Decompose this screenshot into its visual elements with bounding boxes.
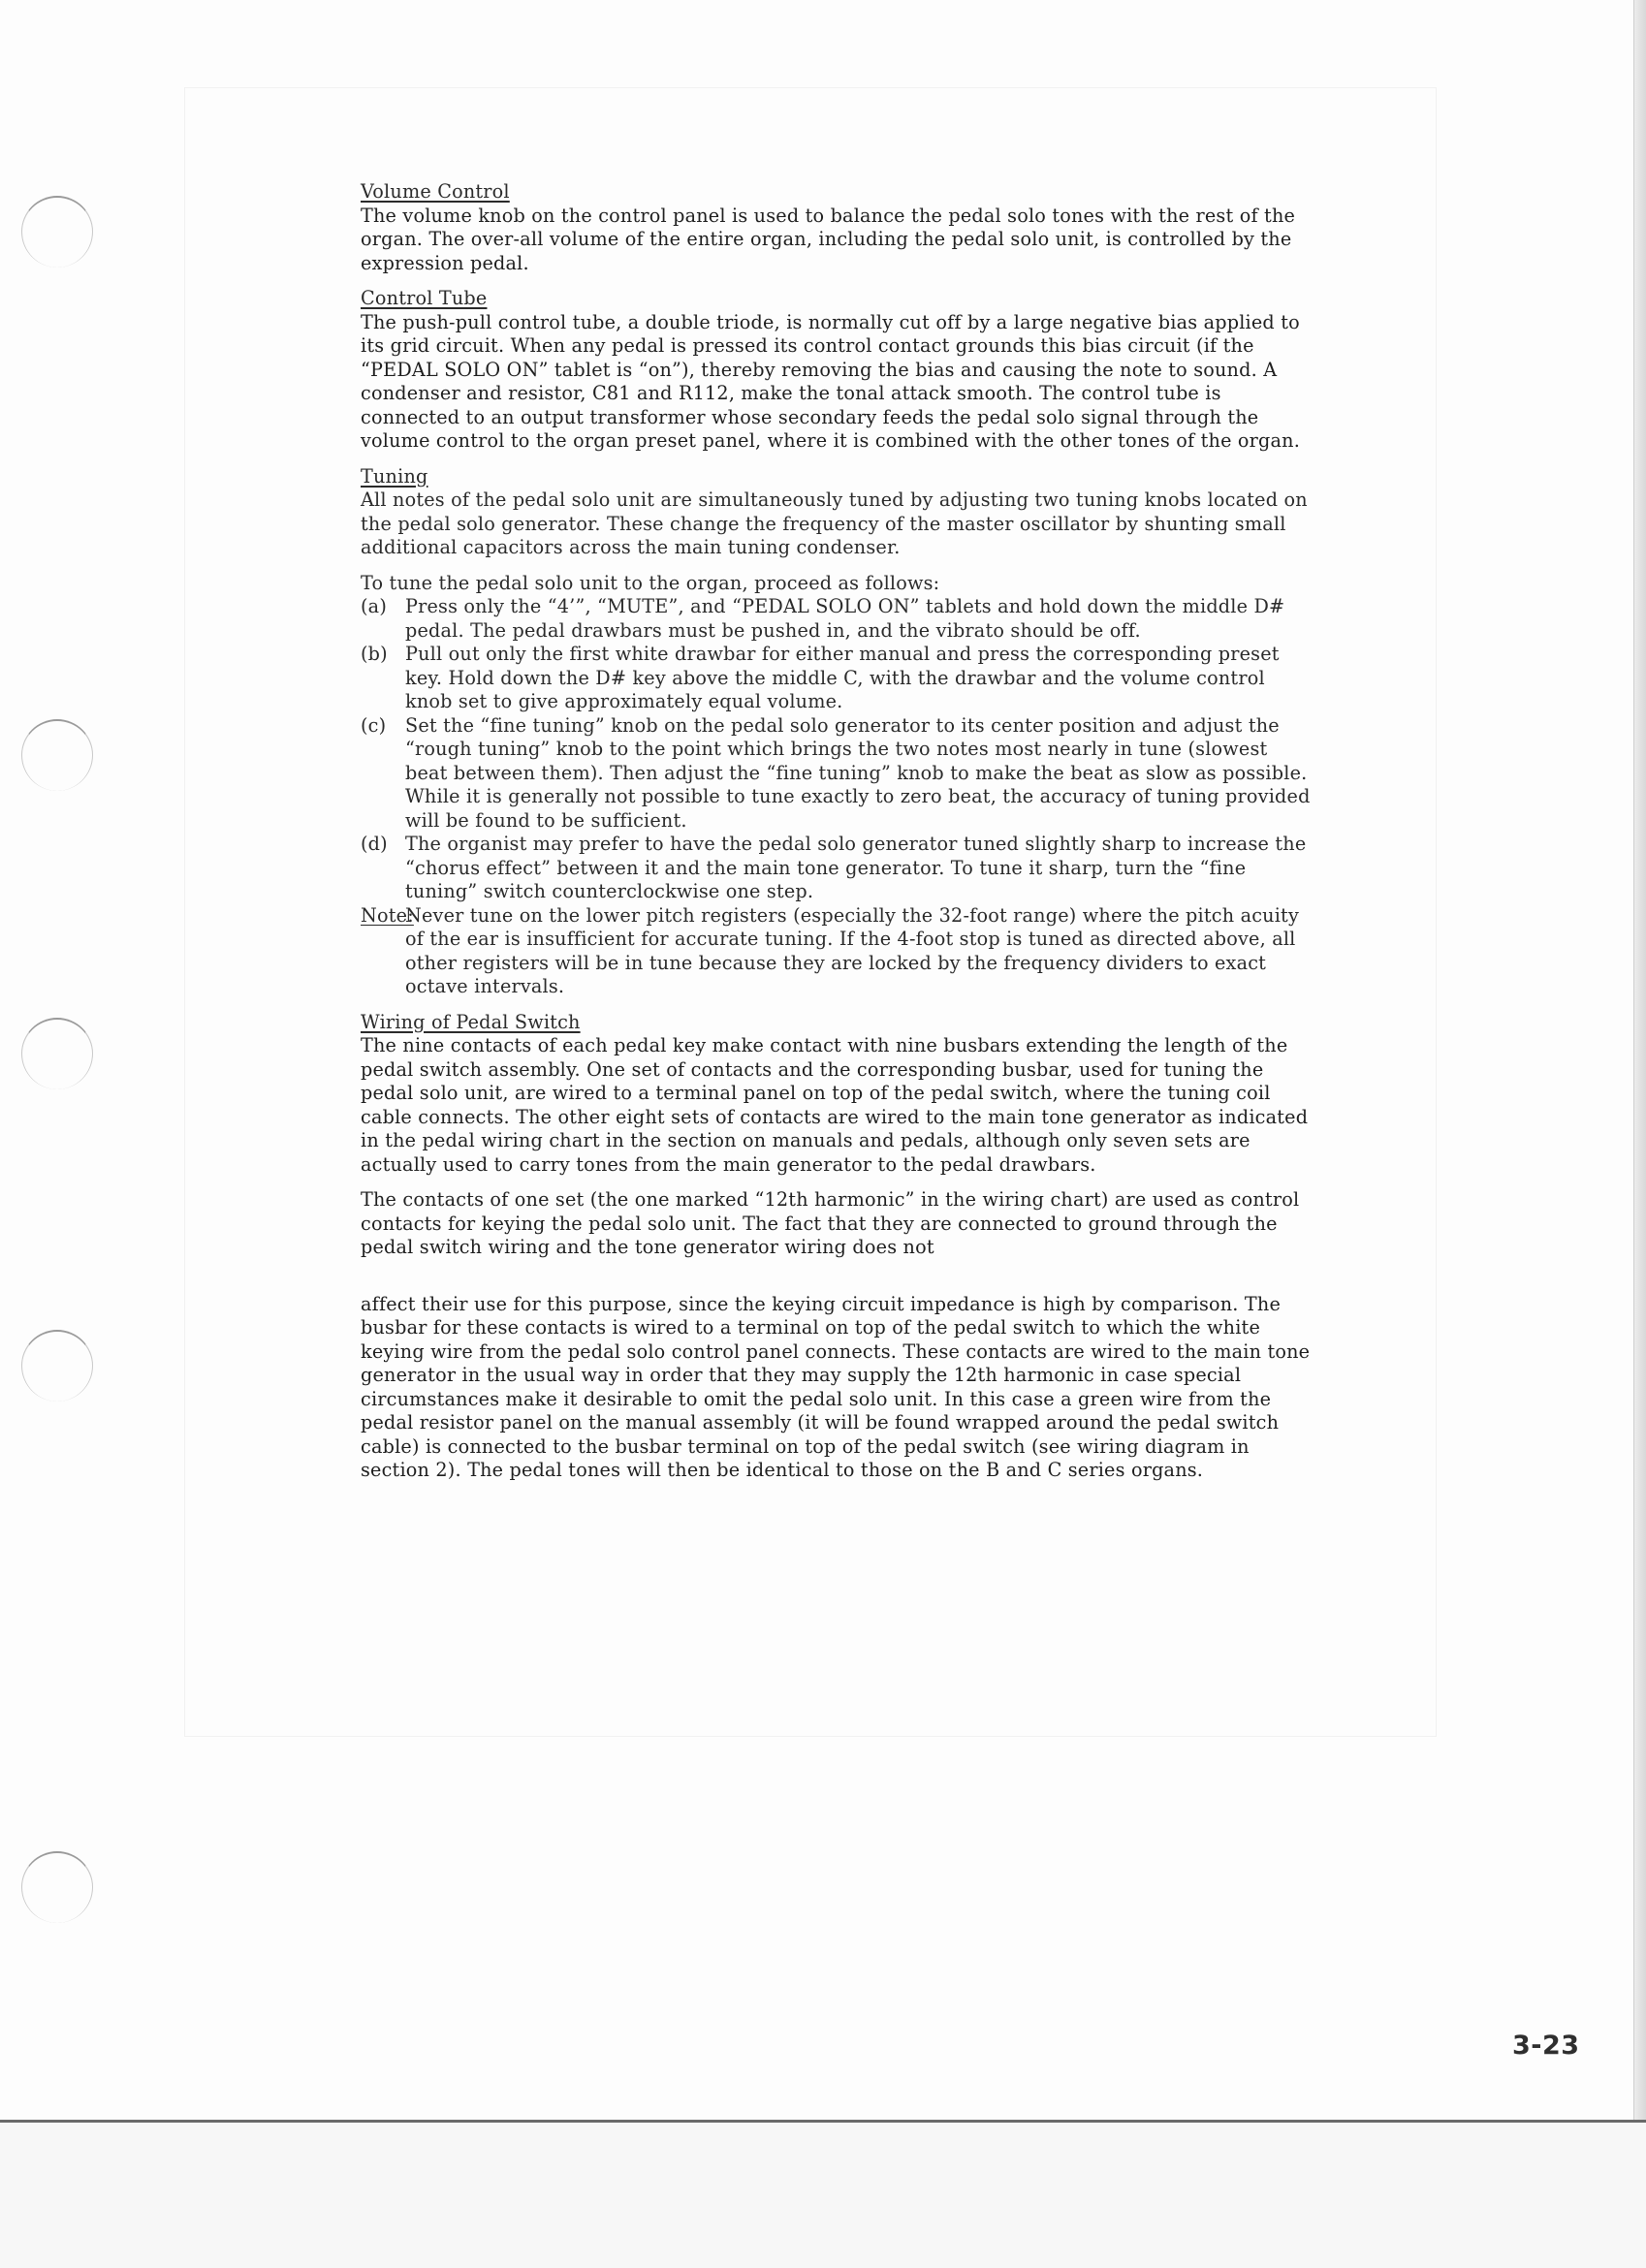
section-wiring-of-pedal-switch: Wiring of Pedal Switch The nine contacts…	[361, 1011, 1311, 1483]
paragraph-wiring-2: The contacts of one set (the one marked …	[361, 1188, 1311, 1260]
section-volume-control: Volume Control The volume knob on the co…	[361, 180, 1311, 275]
step-text: Press only the “4’”, “MUTE”, and “PEDAL …	[405, 595, 1311, 643]
paragraph-wiring-3: affect their use for this purpose, since…	[361, 1293, 1311, 1483]
tuning-step-a: (a) Press only the “4’”, “MUTE”, and “PE…	[361, 595, 1311, 643]
binder-punch-hole-1	[21, 196, 93, 268]
step-text: Set the “fine tuning” knob on the pedal …	[405, 714, 1311, 834]
paragraph-wiring-1: The nine contacts of each pedal key make…	[361, 1034, 1311, 1177]
paragraph-control-tube: The push-pull control tube, a double tri…	[361, 311, 1311, 454]
heading-volume-control: Volume Control	[361, 180, 510, 205]
heading-tuning: Tuning	[361, 465, 428, 489]
step-label: (b)	[361, 643, 405, 714]
section-control-tube: Control Tube The push-pull control tube,…	[361, 287, 1311, 454]
step-label: (c)	[361, 714, 405, 834]
binder-punch-hole-3	[21, 1018, 93, 1089]
note-label: Note:	[361, 904, 405, 999]
tuning-procedure-intro: To tune the pedal solo unit to the organ…	[361, 572, 1311, 596]
step-label: (d)	[361, 833, 405, 904]
document-body: Volume Control The volume knob on the co…	[361, 180, 1311, 1483]
paragraph-volume-control: The volume knob on the control panel is …	[361, 205, 1311, 276]
binder-punch-hole-5	[21, 1851, 93, 1923]
tuning-step-c: (c) Set the “fine tuning” knob on the pe…	[361, 714, 1311, 834]
paragraph-tuning: All notes of the pedal solo unit are sim…	[361, 488, 1311, 560]
step-text: Pull out only the first white drawbar fo…	[405, 643, 1311, 714]
note-text: Never tune on the lower pitch registers …	[405, 904, 1311, 999]
heading-control-tube: Control Tube	[361, 287, 487, 311]
step-text: The organist may prefer to have the peda…	[405, 833, 1311, 904]
step-label: (a)	[361, 595, 405, 643]
section-tuning: Tuning All notes of the pedal solo unit …	[361, 465, 1311, 999]
binder-punch-hole-4	[21, 1330, 93, 1402]
tuning-step-b: (b) Pull out only the first white drawba…	[361, 643, 1311, 714]
tuning-step-d: (d) The organist may prefer to have the …	[361, 833, 1311, 904]
heading-wiring-of-pedal-switch: Wiring of Pedal Switch	[361, 1011, 581, 1035]
page-right-edge	[1633, 0, 1646, 2123]
binder-punch-hole-2	[21, 719, 93, 791]
scan-bottom-area	[0, 2123, 1646, 2268]
tuning-note: Note: Never tune on the lower pitch regi…	[361, 904, 1311, 999]
page-number: 3-23	[1512, 2031, 1580, 2061]
